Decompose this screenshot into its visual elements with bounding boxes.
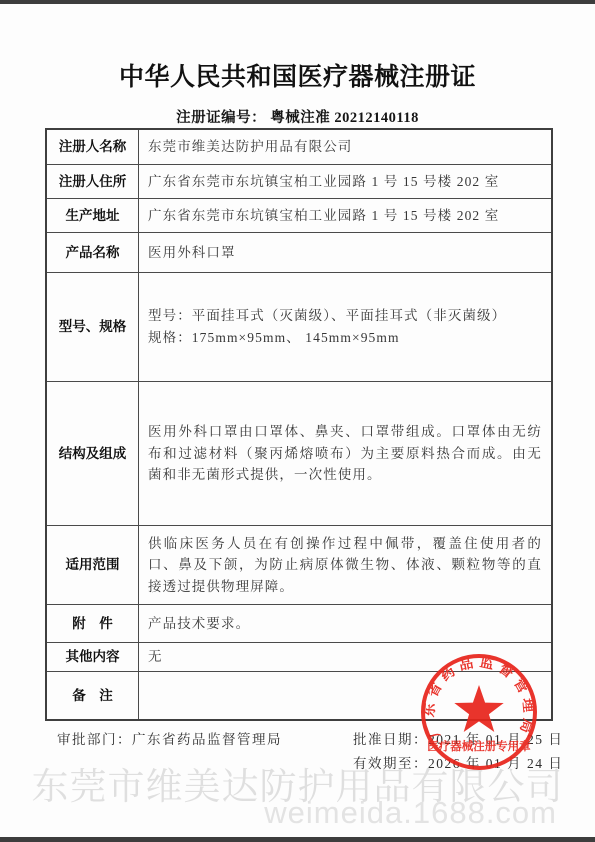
row-label: 注册人名称 [47,130,139,164]
row-value: 型号：平面挂耳式（灭菌级）、平面挂耳式（非灭菌级） 规格：175mm×95mm、… [139,273,551,381]
row-label: 附 件 [47,605,139,642]
row-label: 型号、规格 [47,273,139,381]
table-row-product-name: 产品名称 医用外科口罩 [47,232,551,272]
table-row-structure-composition: 结构及组成 医用外科口罩由口罩体、鼻夹、口罩带组成。口罩体由无纺布和过滤材料（聚… [47,381,551,525]
certificate-table: 注册人名称 东莞市维美达防护用品有限公司 注册人住所 广东省东莞市东坑镇宝柏工业… [45,128,553,721]
table-row-production-address: 生产地址 广东省东莞市东坑镇宝柏工业园路 1 号 15 号楼 202 室 [47,198,551,232]
table-row-registrant-address: 注册人住所 广东省东莞市东坑镇宝柏工业园路 1 号 15 号楼 202 室 [47,164,551,198]
row-value: 广东省东莞市东坑镇宝柏工业园路 1 号 15 号楼 202 室 [139,199,551,232]
approval-department: 审批部门：广东省药品监督管理局 [57,728,282,748]
row-value: 东莞市维美达防护用品有限公司 [139,130,551,164]
row-label: 结构及组成 [47,382,139,525]
row-label: 备 注 [47,672,139,719]
certificate-page: 中华人民共和国医疗器械注册证 注册证编号： 粤械注准 20212140118 注… [0,0,595,842]
table-row-intended-use: 适用范围 供临床医务人员在有创操作过程中佩带，覆盖住使用者的口、鼻及下颌，为防止… [47,525,551,604]
row-value: 医用外科口罩 [139,233,551,272]
row-value: 产品技术要求。 [139,605,551,642]
official-seal: 广东省药品监督管理局 医疗器械注册专用章 [417,650,541,774]
row-label: 产品名称 [47,233,139,272]
certificate-title: 中华人民共和国医疗器械注册证 [0,57,595,93]
photo-edge-bottom [0,837,595,842]
star-icon [454,685,503,732]
row-value: 供临床医务人员在有创操作过程中佩带，覆盖住使用者的口、鼻及下颌，为防止病原体微生… [139,526,551,604]
seal-caption-text: 医疗器械注册专用章 [427,739,531,753]
watermark-url: weimeida.1688.com [264,795,557,831]
row-label: 注册人住所 [47,165,139,198]
table-row-model-spec: 型号、规格 型号：平面挂耳式（灭菌级）、平面挂耳式（非灭菌级） 规格：175mm… [47,272,551,381]
table-row-attachment: 附 件 产品技术要求。 [47,604,551,642]
table-row-registrant-name: 注册人名称 东莞市维美达防护用品有限公司 [47,130,551,164]
row-value: 广东省东莞市东坑镇宝柏工业园路 1 号 15 号楼 202 室 [139,165,551,198]
photo-edge-top [0,0,595,4]
registration-number: 注册证编号： 粤械注准 20212140118 [0,106,595,127]
row-label: 其他内容 [47,643,139,671]
row-value: 医用外科口罩由口罩体、鼻夹、口罩带组成。口罩体由无纺布和过滤材料（聚丙烯熔喷布）… [139,382,551,525]
row-label: 适用范围 [47,526,139,604]
row-label: 生产地址 [47,199,139,232]
